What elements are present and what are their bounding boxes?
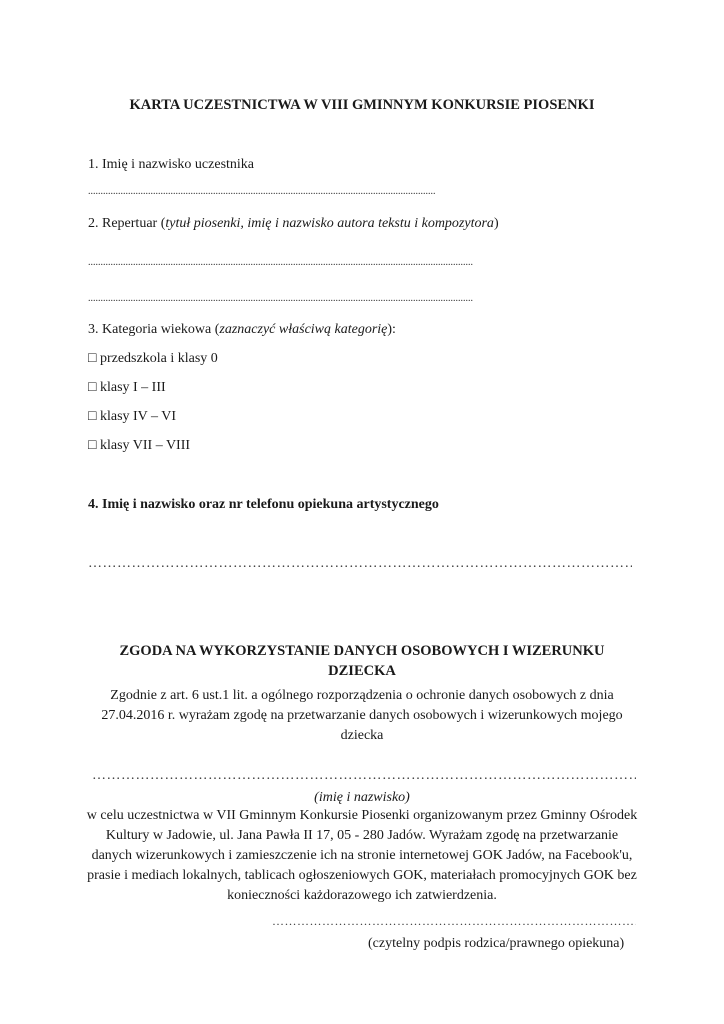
age-category-label-close: ): [387,322,396,337]
category-label: przedszkola i klasy 0 [100,351,218,366]
consent-body: w celu uczestnictwa w VII Gminnym Konkur… [84,806,640,906]
checkbox-icon[interactable]: □ [88,438,96,453]
repertoire-label-text: 2. Repertuar ( [88,216,165,231]
consent-title: ZGODA NA WYKORZYSTANIE DANYCH OSOBOWYCH … [88,641,636,681]
category-option-grades-4-6[interactable]: □ klasy IV – VI [88,409,176,425]
child-name-caption: (imię i nazwisko) [88,788,636,808]
age-category-hint: zaznaczyć właściwą kategorię [219,322,387,337]
artistic-supervisor-field[interactable]: …………………………………………………………………………………………………………… [88,556,632,572]
repertoire-hint: tytuł piosenki, imię i nazwisko autora t… [165,216,494,231]
category-label: klasy IV – VI [100,409,176,424]
participant-name-field[interactable]: ........................................… [88,186,530,197]
form-title: KARTA UCZESTNICTWA W VIII GMINNYM KONKUR… [0,97,724,114]
child-name-caption-text: (imię i nazwisko) [314,790,410,805]
consent-title-line2: DZIECKA [88,661,636,681]
age-category-label-text: 3. Kategoria wiekowa ( [88,322,219,337]
artistic-supervisor-label: 4. Imię i nazwisko oraz nr telefonu opie… [88,497,439,513]
category-option-grades-7-8[interactable]: □ klasy VII – VIII [88,438,190,454]
category-option-preschool[interactable]: □ przedszkola i klasy 0 [88,351,218,367]
participant-name-label: 1. Imię i nazwisko uczestnika [88,157,254,173]
consent-title-line1: ZGODA NA WYKORZYSTANIE DANYCH OSOBOWYCH … [88,641,636,661]
category-label: klasy I – III [100,380,166,395]
repertoire-field-2[interactable]: ........................................… [88,293,624,304]
category-label: klasy VII – VIII [100,438,190,453]
checkbox-icon[interactable]: □ [88,351,96,366]
signature-caption: (czytelny podpis rodzica/prawnego opieku… [368,934,624,954]
signature-field[interactable]: …………………………………………………………………………………… [272,914,636,929]
repertoire-label: 2. Repertuar (tytuł piosenki, imię i naz… [88,216,499,232]
checkbox-icon[interactable]: □ [88,380,96,395]
repertoire-field-1[interactable]: ........................................… [88,257,624,268]
category-option-grades-1-3[interactable]: □ klasy I – III [88,380,166,396]
child-name-field[interactable]: …………………………………………………………………………………………………… [92,768,636,784]
age-category-label: 3. Kategoria wiekowa (zaznaczyć właściwą… [88,322,396,338]
repertoire-label-close: ) [494,216,499,231]
consent-intro: Zgodnie z art. 6 ust.1 lit. a ogólnego r… [88,686,636,746]
checkbox-icon[interactable]: □ [88,409,96,424]
